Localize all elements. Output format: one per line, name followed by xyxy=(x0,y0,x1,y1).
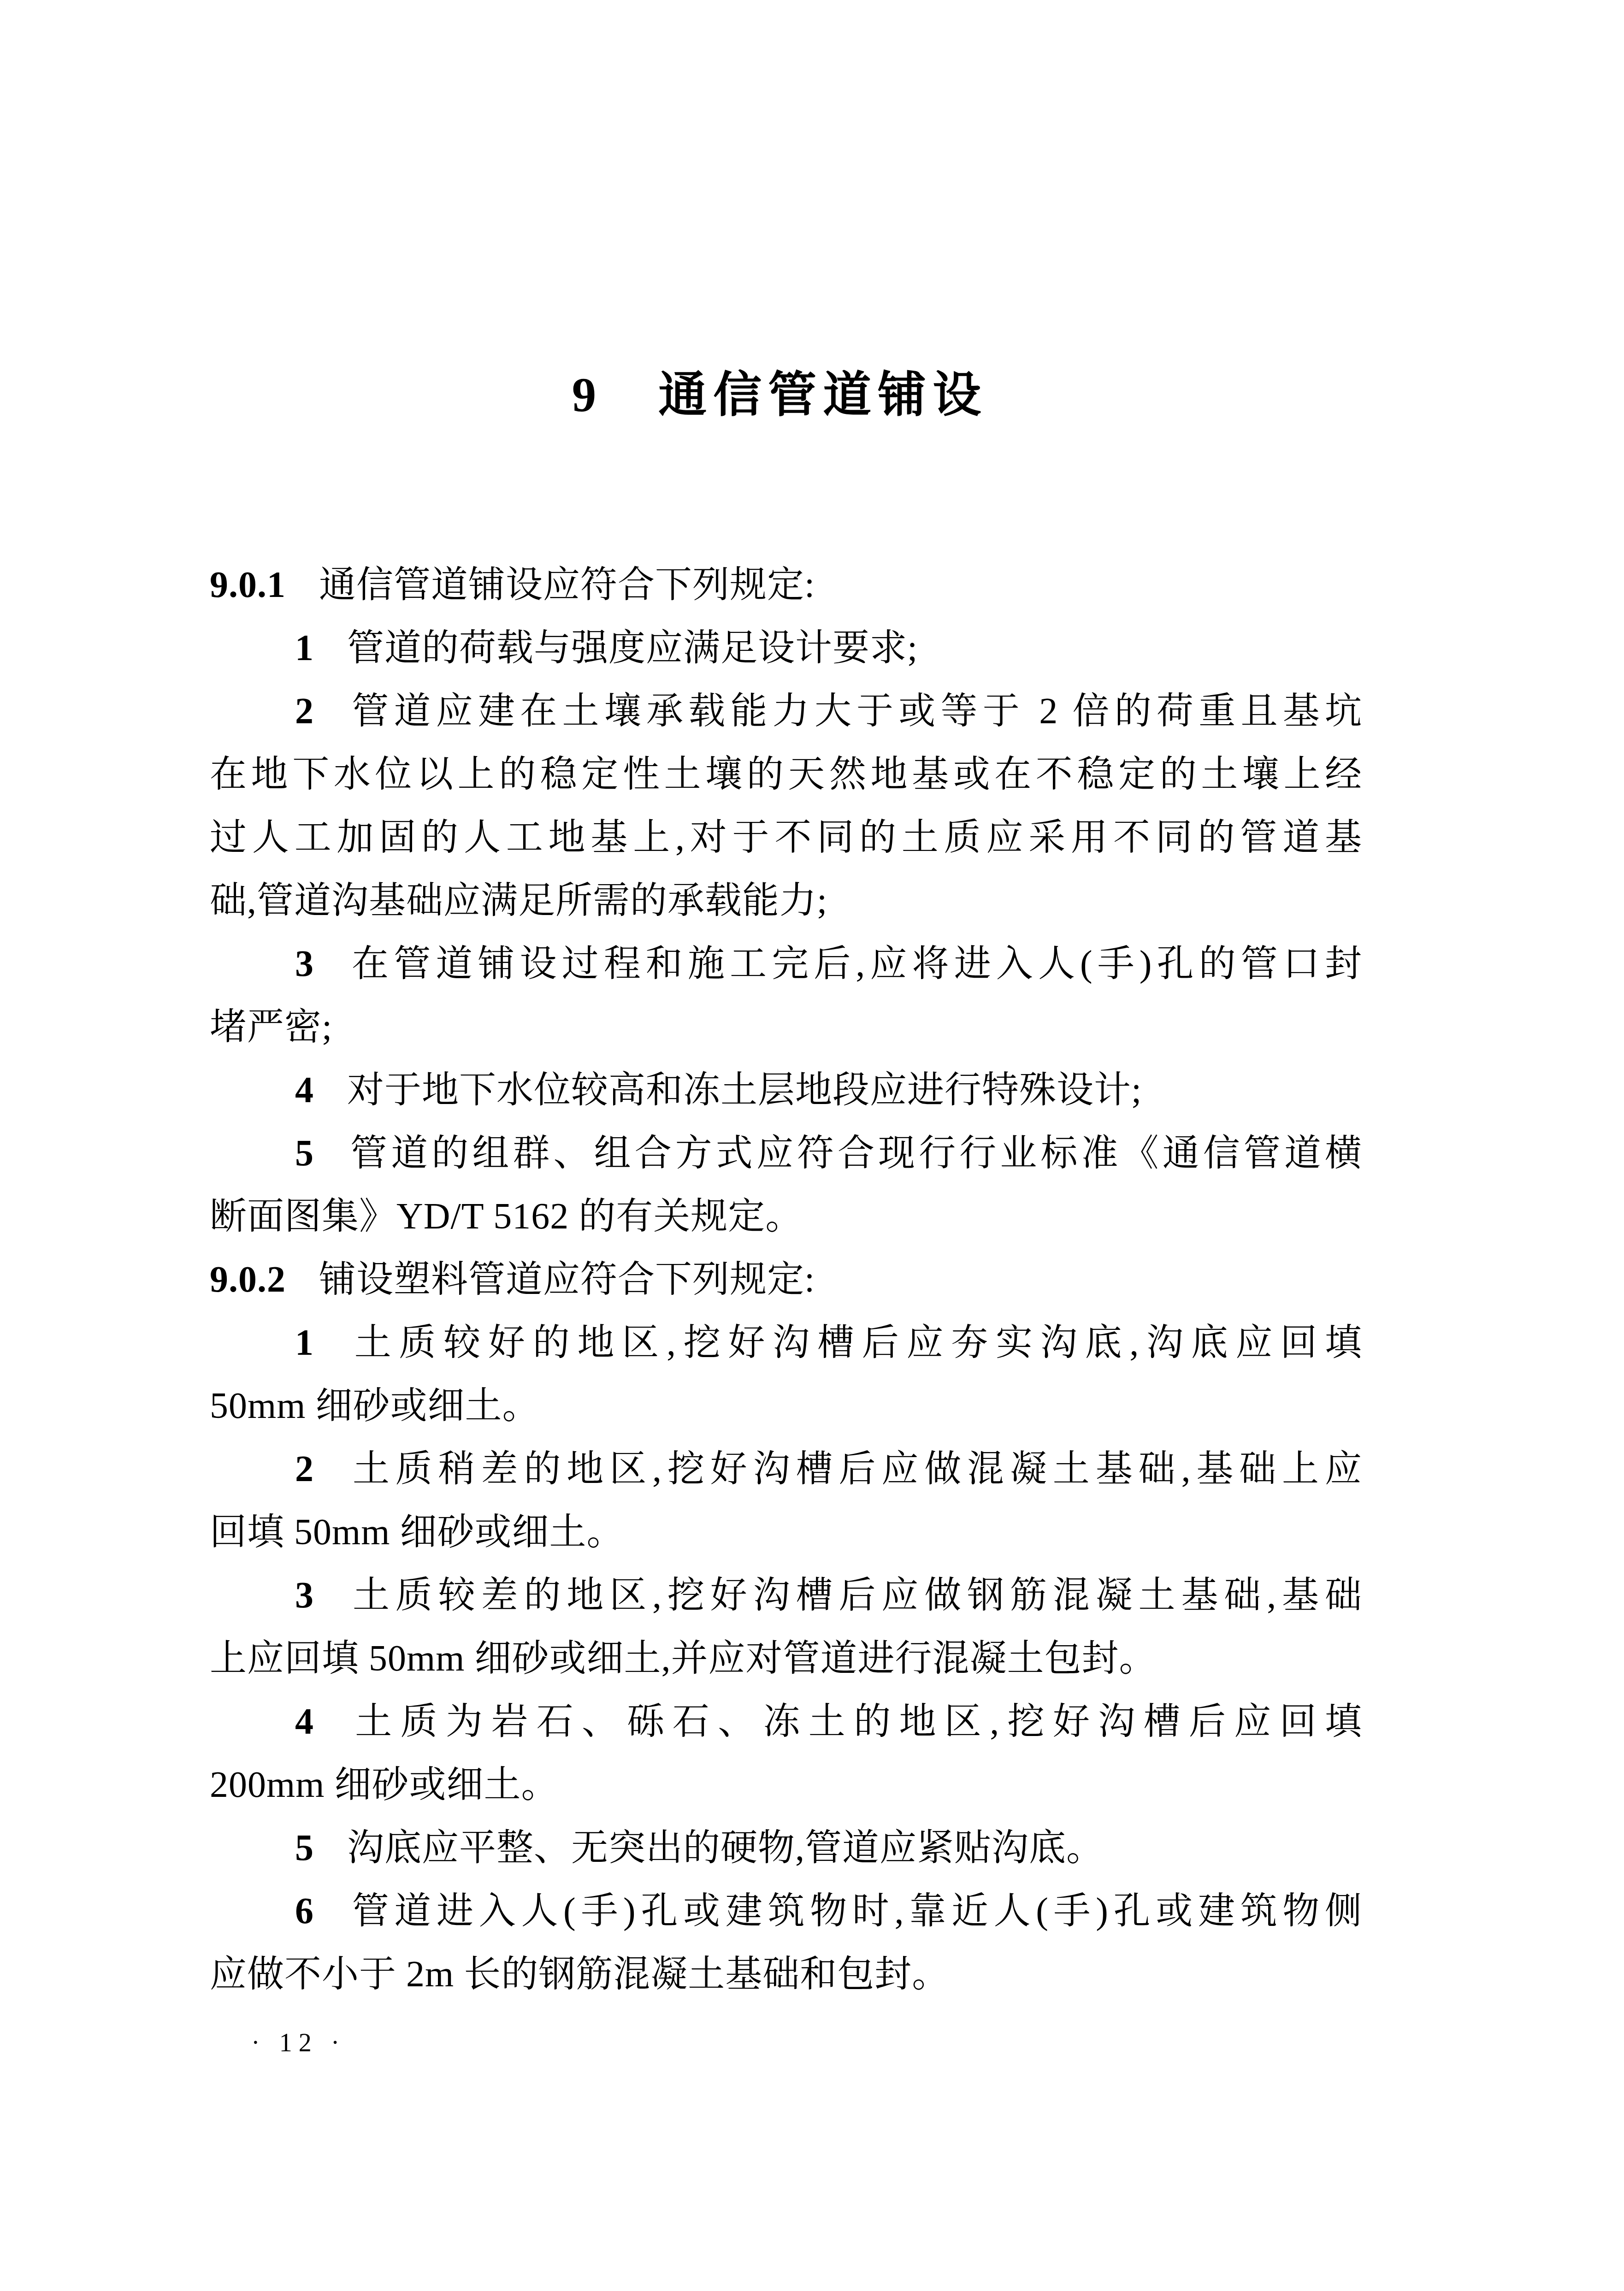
clause-902-item1-cont1: 50mm 细砂或细土。 xyxy=(210,1375,1362,1438)
line-text: 管道进入人(手)孔或建筑物时,靠近人(手)孔或建筑物侧 xyxy=(347,1891,1362,1931)
chapter-number: 9 xyxy=(572,368,596,422)
clause-901-item5: 5管道的组群、组合方式应符合现行行业标准《通信管道横 xyxy=(210,1122,1362,1185)
item-number: 3 xyxy=(295,1575,314,1616)
line-text: 铺设塑料管道应符合下列规定: xyxy=(319,1259,815,1300)
line-text: 在地下水位以上的稳定性土壤的天然地基或在不稳定的土壤上经 xyxy=(210,754,1362,795)
line-text: 过人工加固的人工地基上,对于不同的土质应采用不同的管道基 xyxy=(210,817,1362,858)
clause-901-item1: 1管道的荷载与强度应满足设计要求; xyxy=(210,617,1362,680)
line-text: 对于地下水位较高和冻土层地段应进行特殊设计; xyxy=(347,1070,1142,1110)
line-text: 在管道铺设过程和施工完后,应将进入人(手)孔的管口封 xyxy=(347,944,1362,984)
line-text: 通信管道铺设应符合下列规定: xyxy=(319,565,815,605)
page-number: · 12 · xyxy=(251,2028,346,2058)
clause-902-item1: 1土质较好的地区,挖好沟槽后应夯实沟底,沟底应回填 xyxy=(210,1311,1362,1375)
clause-902-item3-cont1: 上应回填 50mm 细砂或细土,并应对管道进行混凝土包封。 xyxy=(210,1627,1362,1690)
clause-901-item3-cont1: 堵严密; xyxy=(210,996,1362,1059)
line-text: 管道的荷载与强度应满足设计要求; xyxy=(347,628,918,668)
line-text: 沟底应平整、无突出的硬物,管道应紧贴沟底。 xyxy=(347,1828,1104,1868)
item-number: 6 xyxy=(295,1891,314,1931)
clause-901-item5-cont1: 断面图集》YD/T 5162 的有关规定。 xyxy=(210,1185,1362,1248)
clause-901-item4: 4对于地下水位较高和冻土层地段应进行特殊设计; xyxy=(210,1059,1362,1122)
item-number: 2 xyxy=(295,691,314,732)
item-number: 1 xyxy=(295,628,314,668)
clause-902-item4: 4土质为岩石、砾石、冻土的地区,挖好沟槽后应回填 xyxy=(210,1690,1362,1754)
line-text: 应做不小于 2m 长的钢筋混凝土基础和包封。 xyxy=(210,1954,949,1995)
clause-901-item2: 2管道应建在土壤承载能力大于或等于 2 倍的荷重且基坑 xyxy=(210,680,1362,743)
clause-901-item2-cont2: 过人工加固的人工地基上,对于不同的土质应采用不同的管道基 xyxy=(210,806,1362,869)
item-number: 2 xyxy=(295,1449,314,1489)
line-text: 土质为岩石、砾石、冻土的地区,挖好沟槽后应回填 xyxy=(347,1701,1362,1742)
clause-902-item5: 5沟底应平整、无突出的硬物,管道应紧贴沟底。 xyxy=(210,1817,1362,1880)
chapter-title-text: 通信管道铺设 xyxy=(658,368,987,422)
line-text: 础,管道沟基础应满足所需的承载能力; xyxy=(210,880,827,921)
clause-902-item2-cont1: 回填 50mm 细砂或细土。 xyxy=(210,1501,1362,1564)
document-page: 9通信管道铺设 9.0.1通信管道铺设应符合下列规定: 1管道的荷载与强度应满足… xyxy=(0,0,1624,2291)
clause-902-item3: 3土质较差的地区,挖好沟槽后应做钢筋混凝土基础,基础 xyxy=(210,1564,1362,1627)
item-number: 5 xyxy=(295,1133,314,1174)
item-number: 4 xyxy=(295,1701,314,1742)
clause-902-item6: 6管道进入人(手)孔或建筑物时,靠近人(手)孔或建筑物侧 xyxy=(210,1880,1362,1943)
line-text: 上应回填 50mm 细砂或细土,并应对管道进行混凝土包封。 xyxy=(210,1638,1156,1679)
clause-902-item4-cont1: 200mm 细砂或细土。 xyxy=(210,1754,1362,1817)
item-number: 5 xyxy=(295,1828,314,1868)
line-text: 管道应建在土壤承载能力大于或等于 2 倍的荷重且基坑 xyxy=(347,691,1362,732)
clause-number: 9.0.2 xyxy=(210,1259,286,1300)
line-text: 堵严密; xyxy=(210,1007,332,1047)
line-text: 土质稍差的地区,挖好沟槽后应做混凝土基础,基础上应 xyxy=(347,1449,1362,1489)
line-text: 200mm 细砂或细土。 xyxy=(210,1765,558,1805)
line-text: 50mm 细砂或细土。 xyxy=(210,1386,539,1426)
clause-901-item2-cont1: 在地下水位以上的稳定性土壤的天然地基或在不稳定的土壤上经 xyxy=(210,743,1362,806)
clause-number: 9.0.1 xyxy=(210,565,286,605)
body-text: 9.0.1通信管道铺设应符合下列规定: 1管道的荷载与强度应满足设计要求; 2管… xyxy=(210,554,1362,2006)
item-number: 3 xyxy=(295,944,314,984)
line-text: 土质较好的地区,挖好沟槽后应夯实沟底,沟底应回填 xyxy=(347,1323,1362,1363)
line-text: 断面图集》YD/T 5162 的有关规定。 xyxy=(210,1196,803,1237)
clause-901-item3: 3在管道铺设过程和施工完后,应将进入人(手)孔的管口封 xyxy=(210,933,1362,996)
clause-902-heading: 9.0.2铺设塑料管道应符合下列规定: xyxy=(210,1248,1362,1311)
line-text: 管道的组群、组合方式应符合现行行业标准《通信管道横 xyxy=(347,1133,1362,1174)
clause-901-heading: 9.0.1通信管道铺设应符合下列规定: xyxy=(210,554,1362,617)
item-number: 1 xyxy=(295,1323,314,1363)
item-number: 4 xyxy=(295,1070,314,1110)
clause-902-item6-cont1: 应做不小于 2m 长的钢筋混凝土基础和包封。 xyxy=(210,1943,1362,2006)
line-text: 土质较差的地区,挖好沟槽后应做钢筋混凝土基础,基础 xyxy=(347,1575,1362,1616)
clause-901-item2-cont3: 础,管道沟基础应满足所需的承载能力; xyxy=(210,869,1362,933)
chapter-title: 9通信管道铺设 xyxy=(0,356,1592,425)
line-text: 回填 50mm 细砂或细土。 xyxy=(210,1512,624,1553)
clause-902-item2: 2土质稍差的地区,挖好沟槽后应做混凝土基础,基础上应 xyxy=(210,1438,1362,1501)
